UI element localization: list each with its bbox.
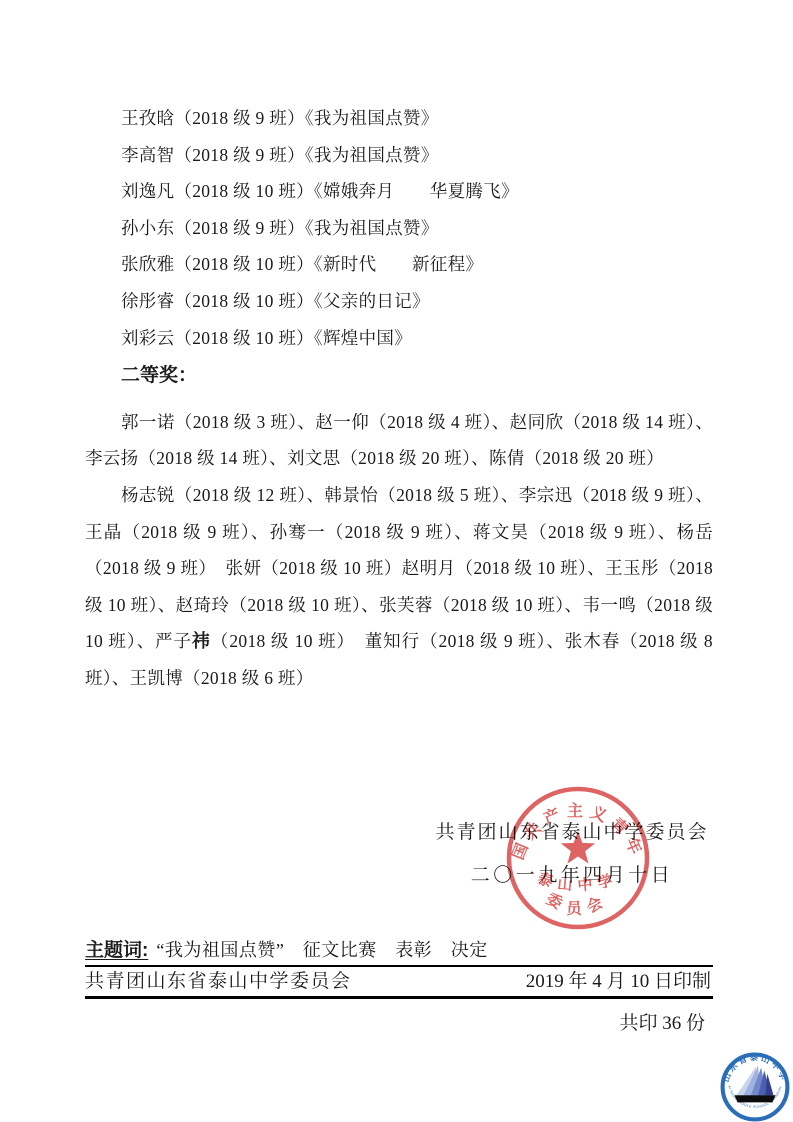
second-prize-heading: 二等奖： — [85, 358, 713, 395]
second-prize-paragraph-1: 郭一诺（2018 级 3 班）、赵一仰（2018 级 4 班）、赵同欣（2018… — [85, 404, 713, 477]
issuer-line: 共青团山东省泰山中学委员会 2019 年 4 月 10 日印制 — [85, 967, 713, 999]
subject-content: “我为祖国点赞” 征文比赛 表彰 决定 — [156, 939, 487, 961]
award-entry: 刘逸凡（2018 级 10 班）《嫦娥奔月 华夏腾飞》 — [85, 173, 713, 210]
copies-count: 共印 36 份 — [85, 1008, 713, 1035]
second-prize-paragraph-2: 杨志锐（2018 级 12 班）、韩景怡（2018 级 5 班）、李宗迅（201… — [85, 477, 713, 697]
award-entry: 张欣雅（2018 级 10 班）《新时代 新征程》 — [85, 246, 713, 283]
print-date: 2019 年 4 月 10 日印制 — [526, 968, 711, 995]
document-page: { "document": { "first_prize_entries": [… — [0, 0, 793, 1122]
signature-block: 共青团山东省泰山中学委员会 二〇一九年四月十日 — [420, 818, 724, 891]
winners-text: 杨志锐（2018 级 12 班）、韩景怡（2018 级 5 班）、李宗迅（201… — [85, 485, 713, 651]
subject-line: 主题词: “我为祖国点赞” 征文比赛 表彰 决定 — [85, 939, 713, 967]
bold-character: 祎 — [192, 631, 211, 651]
signature-date: 二〇一九年四月十日 — [420, 861, 724, 891]
logo-base — [734, 1095, 775, 1102]
subject-label: 主题词: — [85, 940, 148, 962]
footer: 主题词: “我为祖国点赞” 征文比赛 表彰 决定 共青团山东省泰山中学委员会 2… — [85, 939, 713, 1035]
award-entry: 刘彩云（2018 级 10 班）《辉煌中国》 — [85, 320, 713, 357]
award-entry: 李高智（2018 级 9 班）《我为祖国点赞》 — [85, 137, 713, 174]
seal-inner-text-2: 委员会 — [543, 889, 613, 918]
award-entry: 孙小东（2018 级 9 班）《我为祖国点赞》 — [85, 210, 713, 247]
school-logo: 山东省泰山中学 TAI SHAN MIDDLE SCHOOL SHANDONG — [719, 1051, 791, 1122]
issuer-name: 共青团山东省泰山中学委员会 — [85, 968, 352, 995]
award-entry: 徐彤睿（2018 级 10 班）《父亲的日记》 — [85, 283, 713, 320]
award-entry: 王孜晗（2018 级 9 班）《我为祖国点赞》 — [85, 100, 713, 137]
document-body: 王孜晗（2018 级 9 班）《我为祖国点赞》 李高智（2018 级 9 班）《… — [85, 100, 713, 697]
org-signature: 共青团山东省泰山中学委员会 — [420, 818, 724, 848]
svg-text:委员会: 委员会 — [543, 889, 613, 918]
